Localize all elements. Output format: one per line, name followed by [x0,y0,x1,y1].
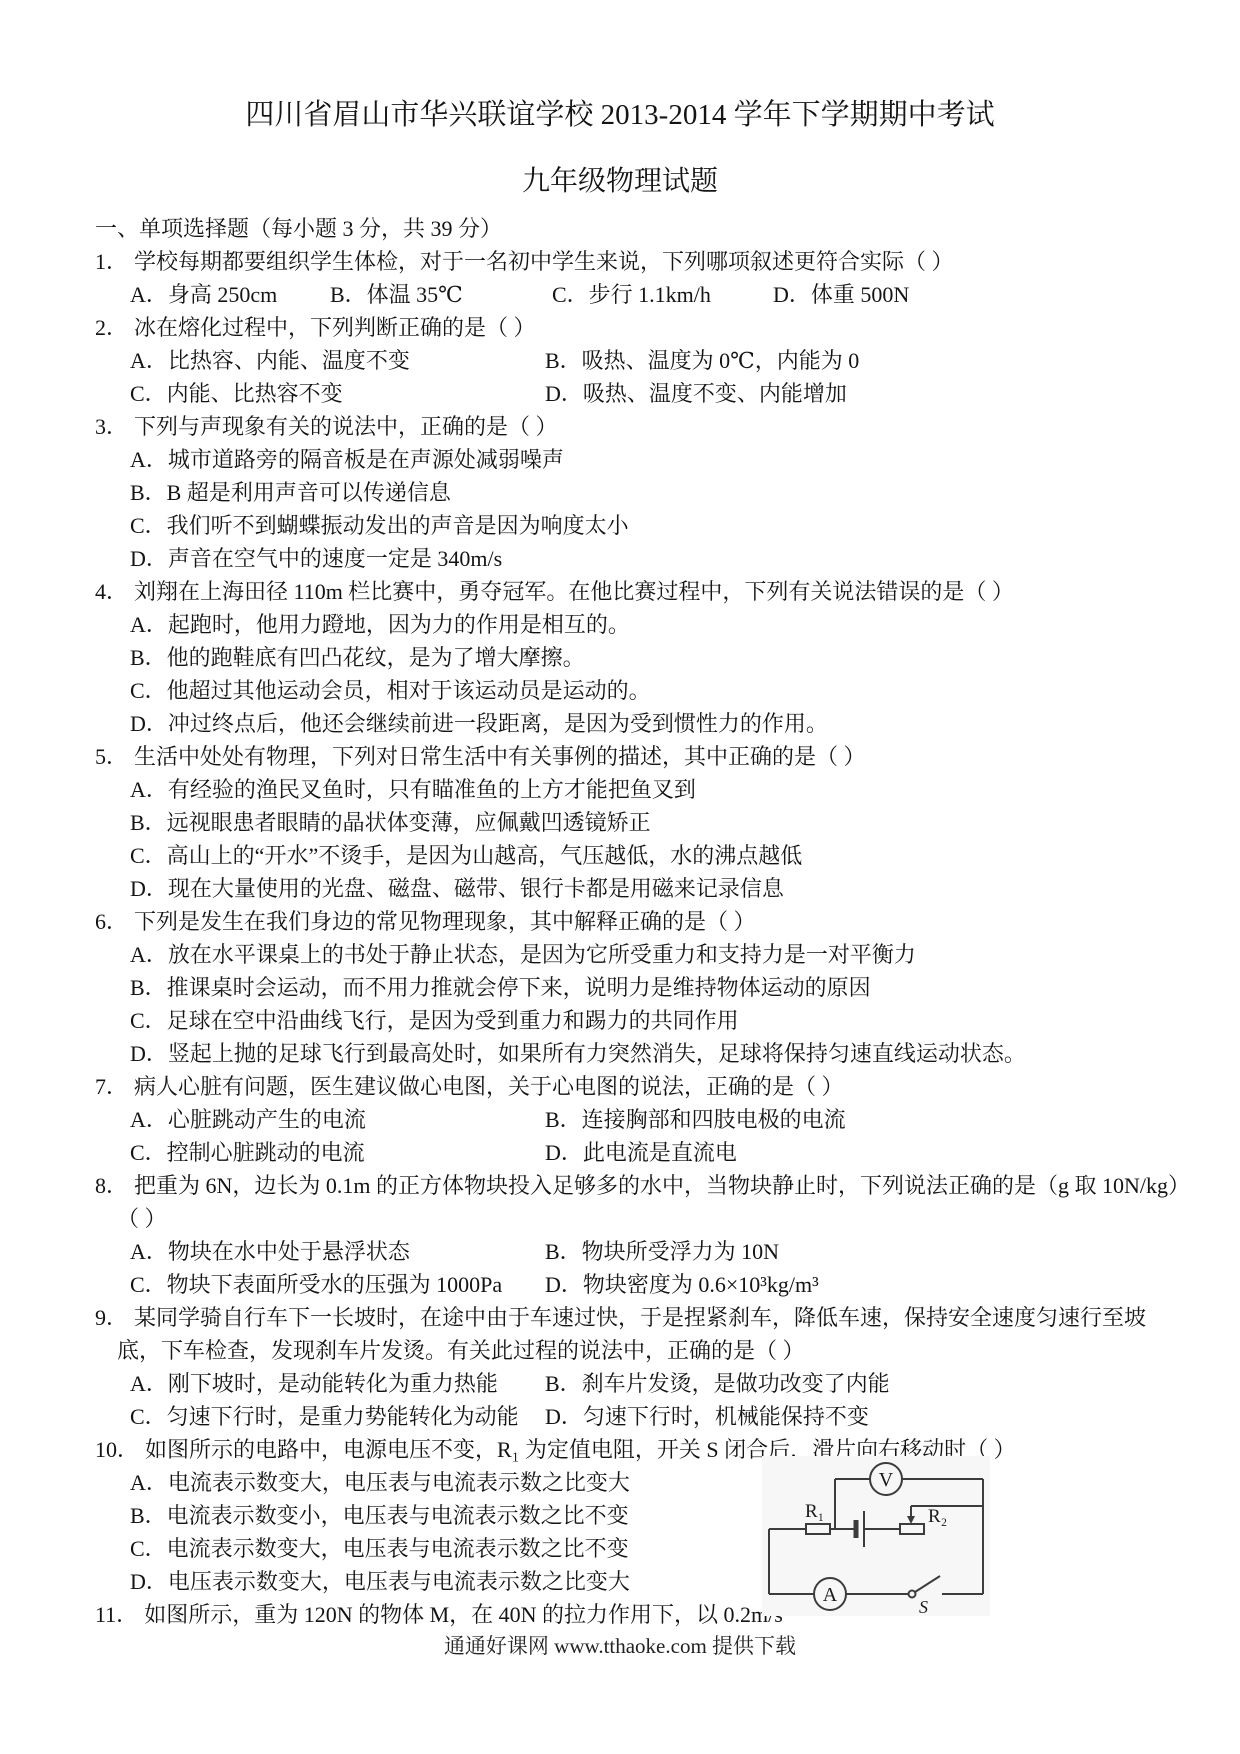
question-number: 5． [95,740,134,773]
option-cell: A．物块在水中处于悬浮状态 [130,1235,545,1268]
option-row: B．远视眼患者眼睛的晶状体变薄，应佩戴凹透镜矫正 [95,806,1160,839]
option-row: C．他超过其他运动会员，相对于该运动员是运动的。 [95,674,1160,707]
option-row: C．高山上的“开水”不烫手，是因为山越高，气压越低，水的沸点越低 [95,839,1160,872]
option-cell: C．内能、比热容不变 [130,377,545,410]
option-cell: C．高山上的“开水”不烫手，是因为山越高，气压越低，水的沸点越低 [130,839,802,872]
question-stem: 底，下车检查，发现刹车片发烫。有关此过程的说法中，正确的是（ ） [95,1334,1160,1367]
question-number: 1． [95,245,134,278]
stem-text: 刘翔在上海田径 110m 栏比赛中，勇夺冠军。在他比赛过程中，下列有关说法错误的… [134,579,1014,604]
question-number: 7． [95,1070,134,1103]
question-stem: 10．如图所示的电路中，电源电压不变，R₁ 为定值电阻，开关 S 闭合后，滑片向… [95,1433,1160,1466]
option-cell: A．电流表示数变大，电压表与电流表示数之比变大 [130,1466,630,1499]
stem-text: （ ） [117,1206,167,1231]
option-row: A．心脏跳动产生的电流B．连接胸部和四肢电极的电流 [95,1103,1160,1136]
stem-text: 某同学骑自行车下一长坡时，在途中由于车速过快，于是捏紧刹车，降低车速，保持安全速… [134,1305,1146,1330]
option-row: A．身高 250cmB．体温 35℃C．步行 1.1km/hD．体重 500N [95,278,1160,311]
option-row: A．物块在水中处于悬浮状态B．物块所受浮力为 10N [95,1235,1160,1268]
option-row: C．我们听不到蝴蝶振动发出的声音是因为响度太小 [95,509,1160,542]
option-cell: A．起跑时，他用力蹬地，因为力的作用是相互的。 [130,608,630,641]
option-cell: D．物块密度为 0.6×10³kg/m³ [545,1268,1160,1301]
question-block: 6．下列是发生在我们身边的常见物理现象，其中解释正确的是（ ）A．放在水平课桌上… [95,905,1160,1070]
question-block: 9．某同学骑自行车下一长坡时，在途中由于车速过快，于是捏紧刹车，降低车速，保持安… [95,1301,1160,1433]
option-cell: B．吸热、温度为 0℃，内能为 0 [545,344,1160,377]
option-cell: D．冲过终点后，他还会继续前进一段距离，是因为受到惯性力的作用。 [130,707,828,740]
option-cell: D．电压表示数变大，电压表与电流表示数之比变大 [130,1565,630,1598]
question-stem: 1．学校每期都要组织学生体检，对于一名初中学生来说，下列哪项叙述更符合实际（ ） [95,245,1160,278]
option-row: D．竖起上抛的足球飞行到最高处时，如果所有力突然消失，足球将保持匀速直线运动状态… [95,1037,1160,1070]
option-cell: C．物块下表面所受水的压强为 1000Pa [130,1268,545,1301]
option-row: D．冲过终点后，他还会继续前进一段距离，是因为受到惯性力的作用。 [95,707,1160,740]
question-block: 4．刘翔在上海田径 110m 栏比赛中，勇夺冠军。在他比赛过程中，下列有关说法错… [95,575,1160,740]
question-stem: 4．刘翔在上海田径 110m 栏比赛中，勇夺冠军。在他比赛过程中，下列有关说法错… [95,575,1160,608]
stem-text: 下列是发生在我们身边的常见物理现象，其中解释正确的是（ ） [134,909,756,934]
question-number: 11． [95,1598,144,1631]
option-cell: B．B 超是利用声音可以传递信息 [130,476,451,509]
option-row: C．匀速下行时，是重力势能转化为动能D．匀速下行时，机械能保持不变 [95,1400,1160,1433]
option-cell: C．匀速下行时，是重力势能转化为动能 [130,1400,545,1433]
question-number: 10． [95,1433,145,1466]
ammeter-label: A [823,1584,838,1606]
option-row: A．起跑时，他用力蹬地，因为力的作用是相互的。 [95,608,1160,641]
option-cell: B．体温 35℃ [330,278,552,311]
option-row: B．电流表示数变小，电压表与电流表示数之比不变 [95,1499,1160,1532]
exam-content: 一、单项选择题（每小题 3 分，共 39 分） 1．学校每期都要组织学生体检，对… [0,212,1240,1631]
option-cell: D．吸热、温度不变、内能增加 [545,377,1160,410]
option-row: A．电流表示数变大，电压表与电流表示数之比变大 [95,1466,1160,1499]
option-cell: D．匀速下行时，机械能保持不变 [545,1400,1160,1433]
option-cell: B．刹车片发烫，是做功改变了内能 [545,1367,1160,1400]
stem-text: 如图所示，重为 120N 的物体 M，在 40N 的拉力作用下，以 0.2m/s [144,1602,783,1627]
option-cell: C．控制心脏跳动的电流 [130,1136,545,1169]
question-number: 2． [95,311,134,344]
stem-text: 把重为 6N，边长为 0.1m 的正方体物块投入足够多的水中，当物块静止时，下列… [134,1173,1190,1198]
question-block: 2．冰在熔化过程中，下列判断正确的是（ ）A．比热容、内能、温度不变B．吸热、温… [95,311,1160,410]
option-row: B．推课桌时会运动，而不用力推就会停下来，说明力是维持物体运动的原因 [95,971,1160,1004]
question-stem: 7．病人心脏有问题，医生建议做心电图，关于心电图的说法，正确的是（ ） [95,1070,1160,1103]
option-cell: D．体重 500N [773,278,1160,311]
option-cell: A．城市道路旁的隔音板是在声源处减弱噪声 [130,443,564,476]
question-block: 1．学校每期都要组织学生体检，对于一名初中学生来说，下列哪项叙述更符合实际（ ）… [95,245,1160,311]
question-block: 7．病人心脏有问题，医生建议做心电图，关于心电图的说法，正确的是（ ）A．心脏跳… [95,1070,1160,1169]
question-stem: 2．冰在熔化过程中，下列判断正确的是（ ） [95,311,1160,344]
option-cell: B．电流表示数变小，电压表与电流表示数之比不变 [130,1499,629,1532]
option-cell: A．放在水平课桌上的书处于静止状态，是因为它所受重力和支持力是一对平衡力 [130,938,916,971]
question-block: 8．把重为 6N，边长为 0.1m 的正方体物块投入足够多的水中，当物块静止时，… [95,1169,1160,1301]
option-cell: D．此电流是直流电 [545,1136,1160,1169]
question-block: 3．下列与声现象有关的说法中，正确的是（ ）A．城市道路旁的隔音板是在声源处减弱… [95,410,1160,575]
question-stem: 9．某同学骑自行车下一长坡时，在途中由于车速过快，于是捏紧刹车，降低车速，保持安… [95,1301,1160,1334]
question-stem: 8．把重为 6N，边长为 0.1m 的正方体物块投入足够多的水中，当物块静止时，… [95,1169,1160,1202]
question-stem: 3．下列与声现象有关的说法中，正确的是（ ） [95,410,1160,443]
option-row: D．电压表示数变大，电压表与电流表示数之比变大 [95,1565,1160,1598]
option-cell: B．物块所受浮力为 10N [545,1235,1160,1268]
option-cell: A．有经验的渔民叉鱼时，只有瞄准鱼的上方才能把鱼叉到 [130,773,696,806]
option-cell: D．声音在空气中的速度一定是 340m/s [130,542,502,575]
page-title: 四川省眉山市华兴联谊学校 2013-2014 学年下学期期中考试 [0,0,1240,136]
page-subtitle: 九年级物理试题 [0,136,1240,202]
option-row: B．B 超是利用声音可以传递信息 [95,476,1160,509]
option-row: D．声音在空气中的速度一定是 340m/s [95,542,1160,575]
option-row: A．刚下坡时，是动能转化为重力热能B．刹车片发烫，是做功改变了内能 [95,1367,1160,1400]
question-number: 9． [95,1301,134,1334]
question-stem: 11．如图所示，重为 120N 的物体 M，在 40N 的拉力作用下，以 0.2… [95,1598,1160,1631]
option-cell: A．心脏跳动产生的电流 [130,1103,545,1136]
option-cell: C．足球在空中沿曲线飞行，是因为受到重力和踢力的共同作用 [130,1004,739,1037]
option-cell: A．比热容、内能、温度不变 [130,344,545,377]
option-row: D．现在大量使用的光盘、磁盘、磁带、银行卡都是用磁来记录信息 [95,872,1160,905]
option-cell: B．推课桌时会运动，而不用力推就会停下来，说明力是维持物体运动的原因 [130,971,871,1004]
question-stem: 6．下列是发生在我们身边的常见物理现象，其中解释正确的是（ ） [95,905,1160,938]
stem-text: 病人心脏有问题，医生建议做心电图，关于心电图的说法，正确的是（ ） [134,1074,844,1099]
stem-text: 冰在熔化过程中，下列判断正确的是（ ） [134,315,536,340]
option-cell: B．远视眼患者眼睛的晶状体变薄，应佩戴凹透镜矫正 [130,806,651,839]
stem-text: 生活中处处有物理，下列对日常生活中有关事例的描述，其中正确的是（ ） [134,744,866,769]
option-row: C．足球在空中沿曲线飞行，是因为受到重力和踢力的共同作用 [95,1004,1160,1037]
voltmeter-label: V [879,1469,894,1491]
r2-label: R₂ [928,1506,947,1527]
option-cell: D．竖起上抛的足球飞行到最高处时，如果所有力突然消失，足球将保持匀速直线运动状态… [130,1037,1026,1070]
question-number: 6． [95,905,134,938]
option-row: C．控制心脏跳动的电流D．此电流是直流电 [95,1136,1160,1169]
option-row: C．物块下表面所受水的压强为 1000PaD．物块密度为 0.6×10³kg/m… [95,1268,1160,1301]
footer-text: 通通好课网 www.tthaoke.com 提供下载 [0,1630,1240,1660]
option-cell: A．刚下坡时，是动能转化为重力热能 [130,1367,545,1400]
option-cell: C．他超过其他运动会员，相对于该运动员是运动的。 [130,674,651,707]
option-row: A．城市道路旁的隔音板是在声源处减弱噪声 [95,443,1160,476]
option-cell: C．我们听不到蝴蝶振动发出的声音是因为响度太小 [130,509,629,542]
circuit-figure: V A R₁ R₂ S [762,1456,990,1616]
section-heading: 一、单项选择题（每小题 3 分，共 39 分） [95,212,1160,245]
option-row: C．电流表示数变大，电压表与电流表示数之比不变 [95,1532,1160,1565]
question-stem: 5．生活中处处有物理，下列对日常生活中有关事例的描述，其中正确的是（ ） [95,740,1160,773]
questions: 1．学校每期都要组织学生体检，对于一名初中学生来说，下列哪项叙述更符合实际（ ）… [95,245,1160,1631]
option-row: A．放在水平课桌上的书处于静止状态，是因为它所受重力和支持力是一对平衡力 [95,938,1160,971]
option-cell: B．连接胸部和四肢电极的电流 [545,1103,1160,1136]
question-stem: （ ） [95,1202,1160,1235]
option-cell: C．步行 1.1km/h [552,278,773,311]
option-row: A．有经验的渔民叉鱼时，只有瞄准鱼的上方才能把鱼叉到 [95,773,1160,806]
option-row: B．他的跑鞋底有凹凸花纹，是为了增大摩擦。 [95,641,1160,674]
question-number: 4． [95,575,134,608]
exam-page: 四川省眉山市华兴联谊学校 2013-2014 学年下学期期中考试 九年级物理试题… [0,0,1240,1754]
option-row: A．比热容、内能、温度不变B．吸热、温度为 0℃，内能为 0 [95,344,1160,377]
question-block: 11．如图所示，重为 120N 的物体 M，在 40N 的拉力作用下，以 0.2… [95,1598,1160,1631]
r1-label: R₁ [805,1501,824,1522]
option-cell: D．现在大量使用的光盘、磁盘、磁带、银行卡都是用磁来记录信息 [130,872,784,905]
question-number: 3． [95,410,134,443]
question-block: 5．生活中处处有物理，下列对日常生活中有关事例的描述，其中正确的是（ ）A．有经… [95,740,1160,905]
switch-label: S [919,1597,928,1616]
option-row: C．内能、比热容不变D．吸热、温度不变、内能增加 [95,377,1160,410]
stem-text: 学校每期都要组织学生体检，对于一名初中学生来说，下列哪项叙述更符合实际（ ） [134,249,954,274]
question-block: 10．如图所示的电路中，电源电压不变，R₁ 为定值电阻，开关 S 闭合后，滑片向… [95,1433,1160,1598]
option-cell: C．电流表示数变大，电压表与电流表示数之比不变 [130,1532,629,1565]
option-cell: A．身高 250cm [130,278,330,311]
option-cell: B．他的跑鞋底有凹凸花纹，是为了增大摩擦。 [130,641,585,674]
stem-text: 下列与声现象有关的说法中，正确的是（ ） [134,414,558,439]
question-number: 8． [95,1169,134,1202]
stem-text: 底，下车检查，发现刹车片发烫。有关此过程的说法中，正确的是（ ） [117,1338,805,1363]
